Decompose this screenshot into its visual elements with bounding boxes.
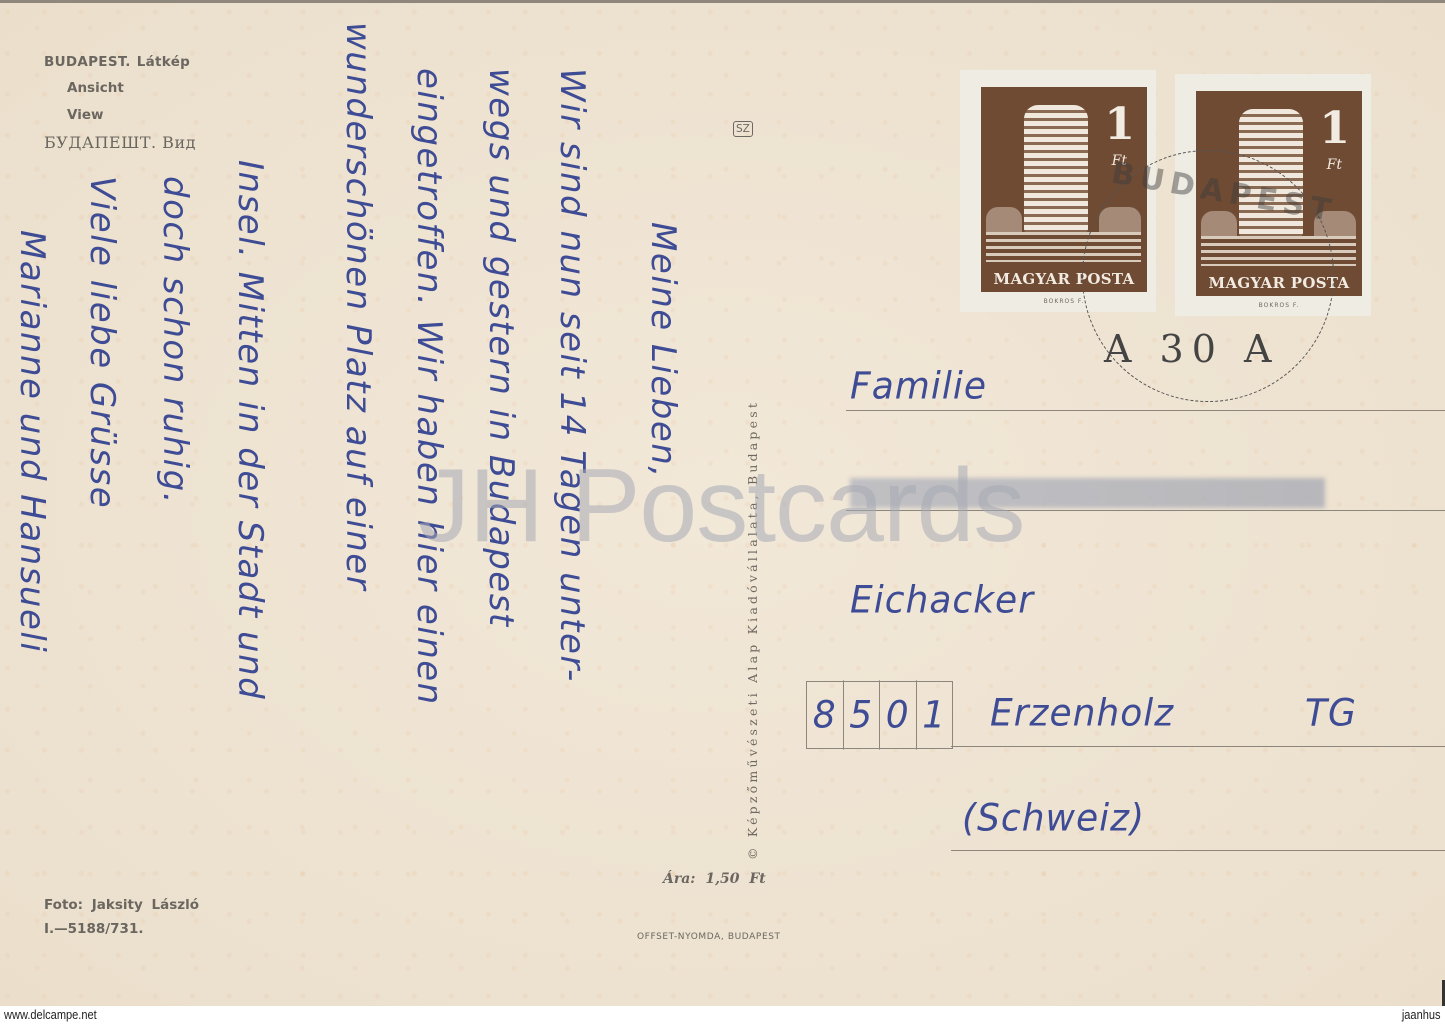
postmark-code: A 30 A [1104, 327, 1279, 371]
footer-seller: jaanhus [1402, 1007, 1441, 1022]
postcard-back: BUDAPEST.Látkép Ansicht View БУДАПЕШТ. В… [0, 0, 1445, 1006]
zip-digit: 5 [844, 680, 881, 749]
message-line: Marianne und Hansueli [12, 230, 52, 653]
address-rule [846, 410, 1445, 411]
caption-hungarian: BUDAPEST.Látkép [44, 54, 190, 70]
message-line: Viele liebe Grüsse [82, 176, 122, 509]
caption-city: BUDAPEST. [44, 54, 131, 70]
printer-label: OFFSET-NYOMDA, BUDAPEST [637, 932, 781, 942]
photo-credit: Foto: Jaksity László [44, 897, 199, 913]
address-city: Erzenholz [990, 692, 1174, 735]
address-rule [951, 850, 1445, 851]
caption-german: Ansicht [67, 80, 124, 96]
price-label: Ára: 1,50 Ft [663, 871, 766, 887]
caption-english: View [67, 107, 103, 123]
message-line: Wir sind nun seit 14 Tagen unter- [552, 68, 592, 683]
message-line: wunderschönen Platz auf einer [338, 22, 378, 591]
trees-icon [986, 207, 1022, 233]
address-rule [951, 746, 1445, 747]
zip-digit: 1 [917, 680, 953, 749]
address-line-3: Eichacker [850, 579, 1034, 622]
footer-bar: www.delcampe.net jaanhus [0, 1006, 1445, 1024]
message-line: Insel. Mitten in der Stadt und [230, 160, 270, 700]
stamp-value: 1 [1319, 103, 1350, 154]
caption-russian: БУДАПЕШТ. Вид [44, 133, 196, 152]
message-line: Meine Lieben, [643, 222, 683, 479]
stamp-currency: Ft [1327, 157, 1342, 173]
address-canton: TG [1305, 692, 1357, 735]
footer-site: www.delcampe.net [4, 1007, 97, 1022]
zip-digit: 8 [807, 680, 844, 749]
caption-latkep: Látkép [137, 54, 190, 70]
hotel-tower-icon [1024, 105, 1088, 233]
message-line: eingetroffen. Wir haben hier einen [409, 68, 449, 706]
address-country: (Schweiz) [962, 797, 1145, 840]
zip-digit: 0 [880, 680, 917, 749]
postal-code-box: 8 5 0 1 [806, 681, 953, 749]
catalog-number: I.—5188/731. [44, 921, 143, 937]
address-line-1: Familie [850, 365, 987, 408]
watermark: JH Postcards [418, 447, 1024, 566]
stamp-value: 1 [1104, 99, 1135, 150]
publisher-mark: SZ [733, 121, 753, 137]
message-line: doch schon ruhig. [155, 176, 195, 505]
